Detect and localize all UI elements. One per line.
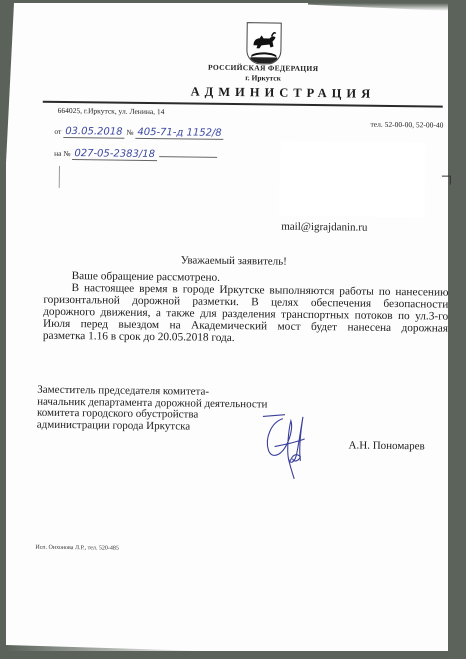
administration-title: АДМИНИСТРАЦИЯ bbox=[163, 84, 403, 102]
blank-field bbox=[159, 147, 217, 158]
incoming-reference: на № 027-05-2383/18 bbox=[54, 146, 217, 162]
city-label: г. Иркутск bbox=[203, 73, 323, 83]
federation-label: РОССИЙСКАЯ ФЕДЕРАЦИЯ bbox=[203, 63, 323, 73]
reply-number: 027-05-2383/18 bbox=[72, 148, 157, 161]
reply-label: на № bbox=[54, 149, 70, 158]
office-address: 664025, г.Иркутск, ул. Ленина, 14 bbox=[58, 106, 165, 116]
signatory-position: Заместитель председателя комитета- начал… bbox=[37, 385, 268, 434]
letter-date: 03.05.2018 bbox=[63, 126, 124, 139]
address-corner-mark bbox=[442, 176, 451, 185]
irkutsk-coat-of-arms-icon bbox=[246, 22, 282, 64]
address-margin-tick bbox=[59, 166, 60, 188]
position-line-4: администрации города Иркутска bbox=[37, 419, 267, 433]
outgoing-reference: от 03.05.2018 № 405-71-д 1152/8 bbox=[54, 126, 223, 140]
number-label: № bbox=[126, 128, 133, 137]
letter-number: 405-71-д 1152/8 bbox=[135, 127, 223, 140]
recipient-email: mail@igrajdanin.ru bbox=[281, 221, 367, 234]
letter-content: РОССИЙСКАЯ ФЕДЕРАЦИЯ г. Иркутск АДМИНИСТ… bbox=[0, 0, 466, 659]
office-phones: тел. 52-00-00, 52-00-40 bbox=[370, 120, 443, 130]
letter-body: Ваше обращение рассмотрено. В настоящее … bbox=[43, 270, 449, 347]
from-label: от bbox=[54, 127, 61, 136]
handwritten-signature-icon bbox=[260, 408, 326, 481]
executor-contact: Исп. Онхонова Л.Р., тел. 520-485 bbox=[35, 545, 119, 552]
signer-name: А.Н. Пономарев bbox=[349, 439, 425, 452]
greeting: Уважаемый заявитель! bbox=[1, 252, 466, 270]
redacted-recipient-block bbox=[279, 141, 425, 218]
